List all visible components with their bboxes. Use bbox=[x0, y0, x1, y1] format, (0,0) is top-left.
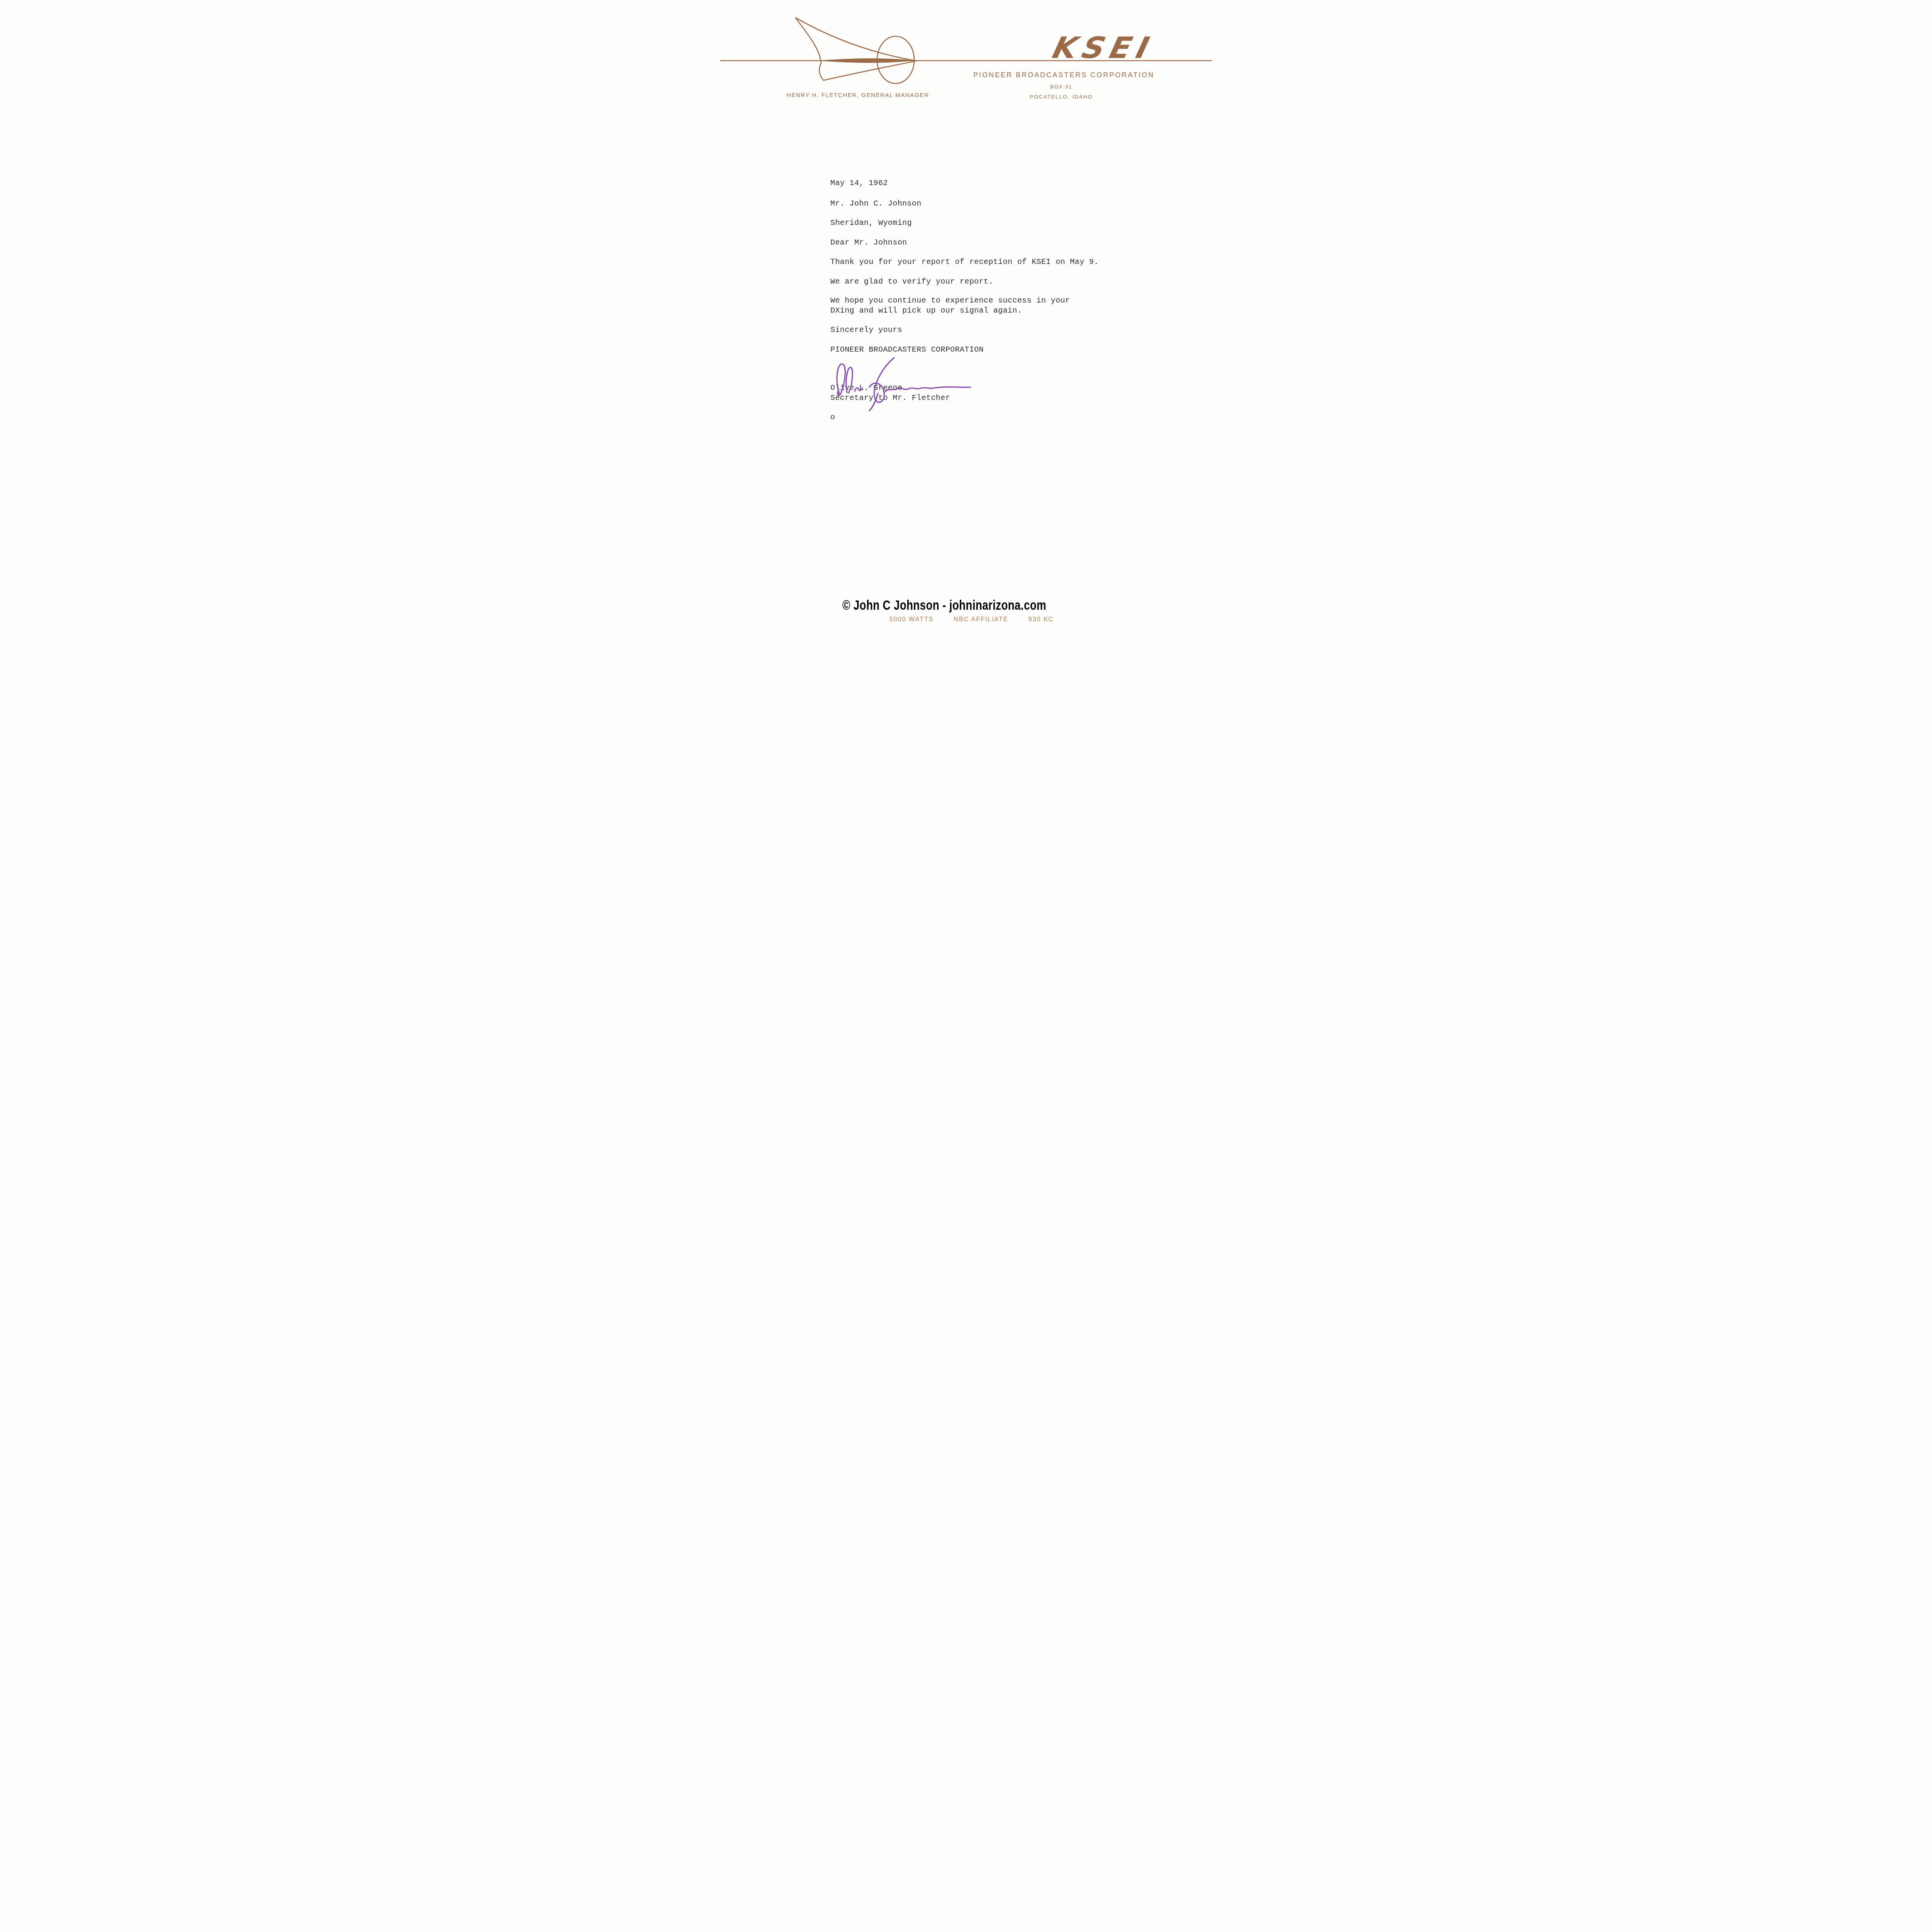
signature-olive-greene-icon bbox=[833, 355, 976, 412]
company-signoff-line: PIONEER BROADCASTERS CORPORATION bbox=[830, 345, 984, 355]
spindle-shape bbox=[817, 58, 916, 63]
salutation: Dear Mr. Johnson bbox=[830, 238, 907, 248]
stray-character: o bbox=[830, 413, 835, 423]
paragraph-1: Thank you for your report of reception o… bbox=[830, 257, 1099, 267]
letterhead-right-block: PIONEER BROADCASTERS CORPORATION BOX 31 … bbox=[973, 71, 1149, 100]
recipient-name: Mr. John C. Johnson bbox=[830, 199, 922, 209]
manager-line: HENRY H. FLETCHER, GENERAL MANAGER bbox=[787, 92, 929, 99]
recipient-city: Sheridan, Wyoming bbox=[830, 218, 912, 228]
po-box-line: BOX 31 bbox=[973, 84, 1149, 90]
letter-page: KSEI PIONEER BROADCASTERS CORPORATION BO… bbox=[720, 0, 1212, 637]
station-wordmark: KSEI bbox=[981, 33, 1158, 63]
date-line: May 14, 1962 bbox=[830, 179, 888, 189]
dart-arrow-logo-icon bbox=[720, 0, 1212, 131]
closing-line: Sincerely yours bbox=[830, 325, 902, 335]
paragraph-2: We are glad to verify your report. bbox=[830, 277, 993, 287]
footer-item-frequency: 930 KC bbox=[1029, 616, 1054, 623]
copyright-watermark: © John C Johnson - johninarizona.com bbox=[842, 598, 1046, 613]
footer: 5000 WATTS NBC AFFILIATE 930 KC bbox=[889, 616, 1054, 623]
city-line: POCATELLO, IDAHO bbox=[973, 94, 1149, 100]
paragraph-3: We hope you continue to experience succe… bbox=[830, 296, 1070, 316]
company-name: PIONEER BROADCASTERS CORPORATION bbox=[973, 71, 1149, 79]
footer-item-watts: 5000 WATTS bbox=[889, 616, 934, 623]
footer-item-affiliate: NBC AFFILIATE bbox=[954, 616, 1008, 623]
